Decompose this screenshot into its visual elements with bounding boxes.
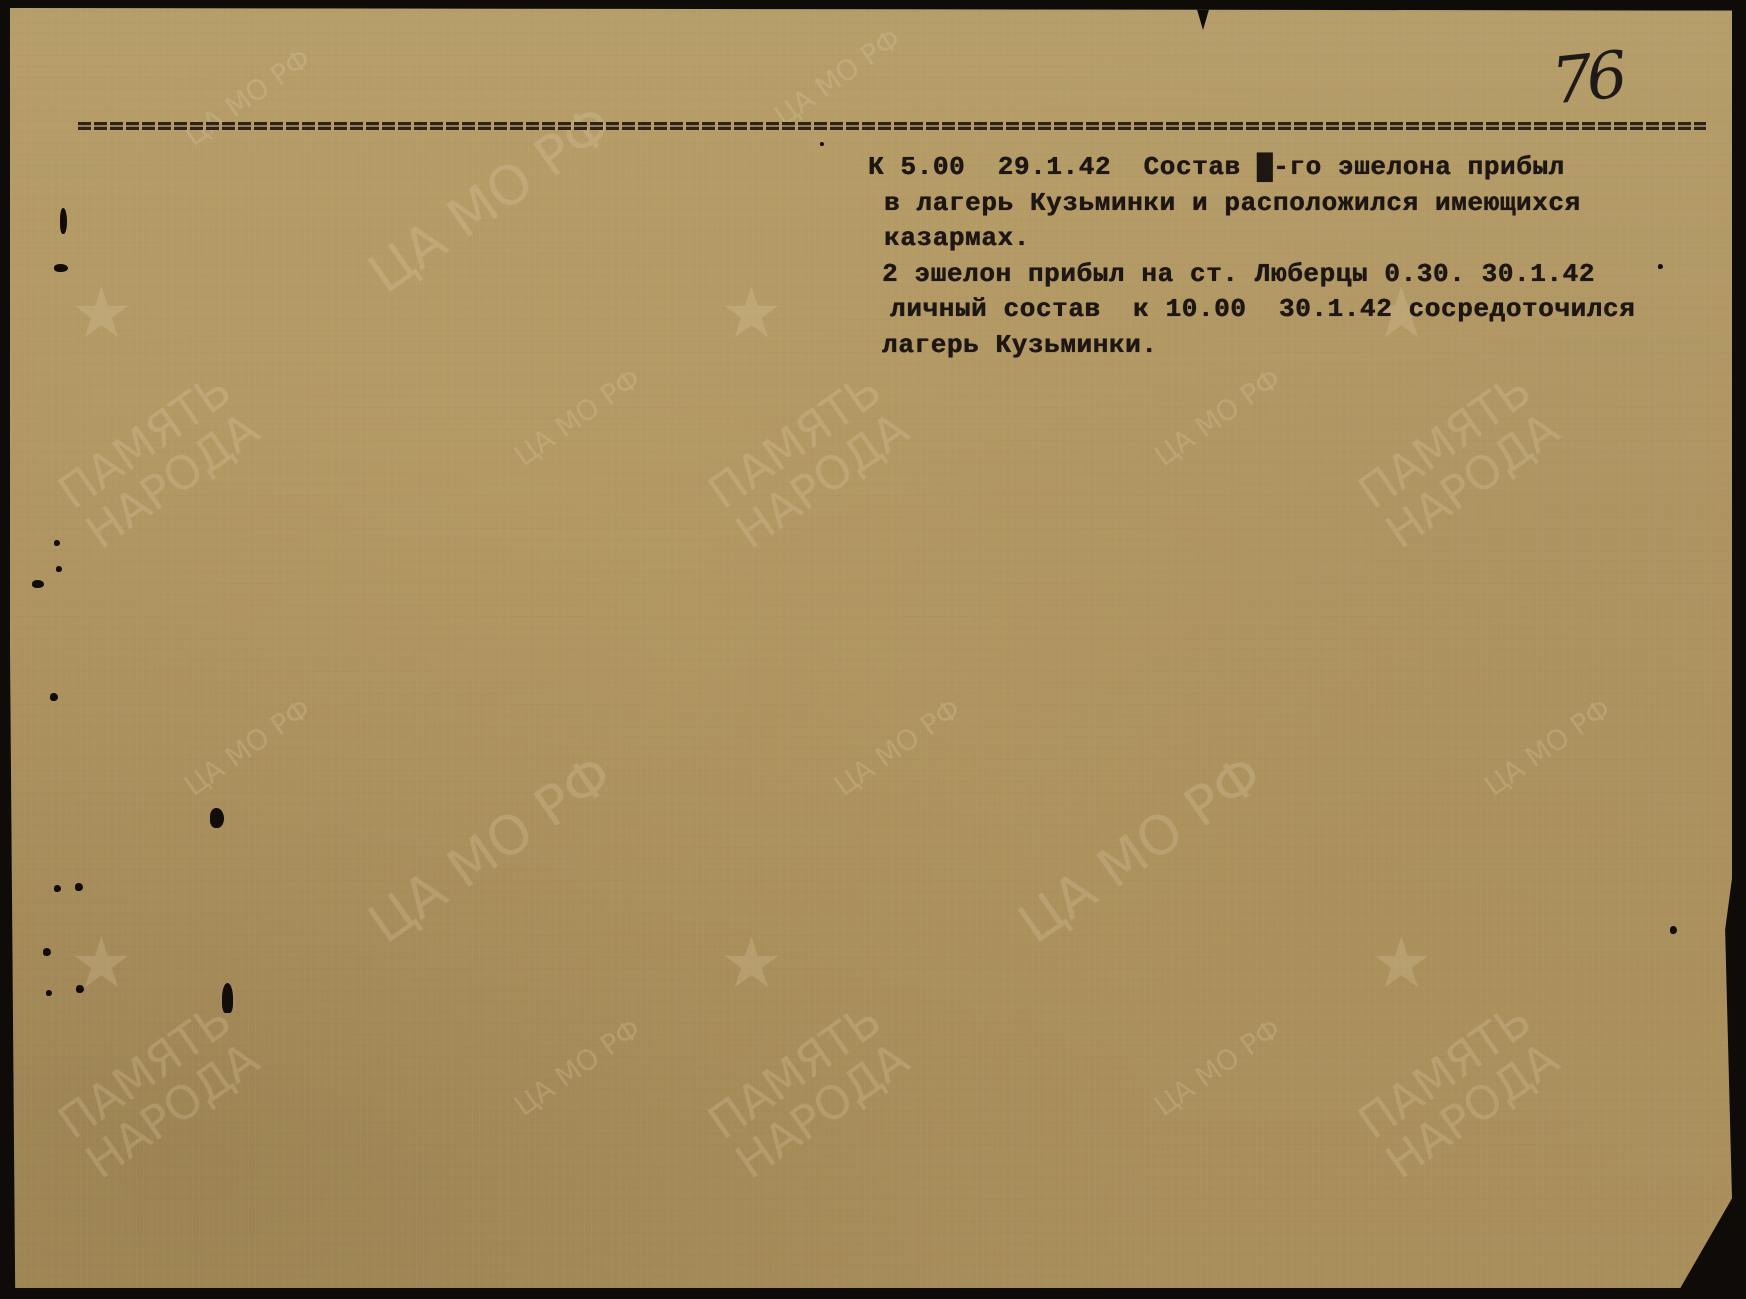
- typed-line: в лагерь Кузьминки и расположился имеющи…: [868, 186, 1635, 222]
- puncture-mark: [46, 990, 52, 996]
- puncture-mark: [56, 566, 62, 572]
- paper-tear: [1196, 6, 1210, 30]
- puncture-mark: [32, 580, 44, 588]
- puncture-mark: [1658, 264, 1663, 269]
- puncture-mark: [60, 208, 67, 234]
- typed-line: казармах.: [868, 221, 1635, 257]
- puncture-mark: [54, 885, 61, 892]
- typed-divider: [78, 122, 1706, 130]
- page-number: 76: [1548, 39, 1625, 120]
- archival-page: ЦА МО РФ ЦА МО РФ ЦА МО РФ ЦА МО РФ ЦА М…: [10, 8, 1732, 1288]
- puncture-mark: [43, 948, 51, 956]
- puncture-mark: [54, 540, 60, 546]
- typed-line: личный состав к 10.00 30.1.42 сосредоточ…: [868, 292, 1635, 328]
- puncture-mark: [222, 983, 233, 1013]
- puncture-mark: [210, 808, 224, 828]
- puncture-mark: [1670, 926, 1677, 934]
- typed-text-block: К 5.00 29.1.42 Состав █-го эшелона прибы…: [868, 150, 1635, 364]
- puncture-mark: [50, 693, 58, 701]
- typed-line: лагерь Кузьминки.: [868, 328, 1635, 364]
- puncture-mark: [54, 264, 68, 272]
- puncture-mark: [75, 883, 83, 891]
- puncture-mark: [76, 985, 84, 993]
- puncture-mark: [820, 142, 824, 146]
- typed-line: 2 эшелон прибыл на ст. Люберцы 0.30. 30.…: [868, 257, 1635, 293]
- typed-line: К 5.00 29.1.42 Состав █-го эшелона прибы…: [868, 150, 1635, 186]
